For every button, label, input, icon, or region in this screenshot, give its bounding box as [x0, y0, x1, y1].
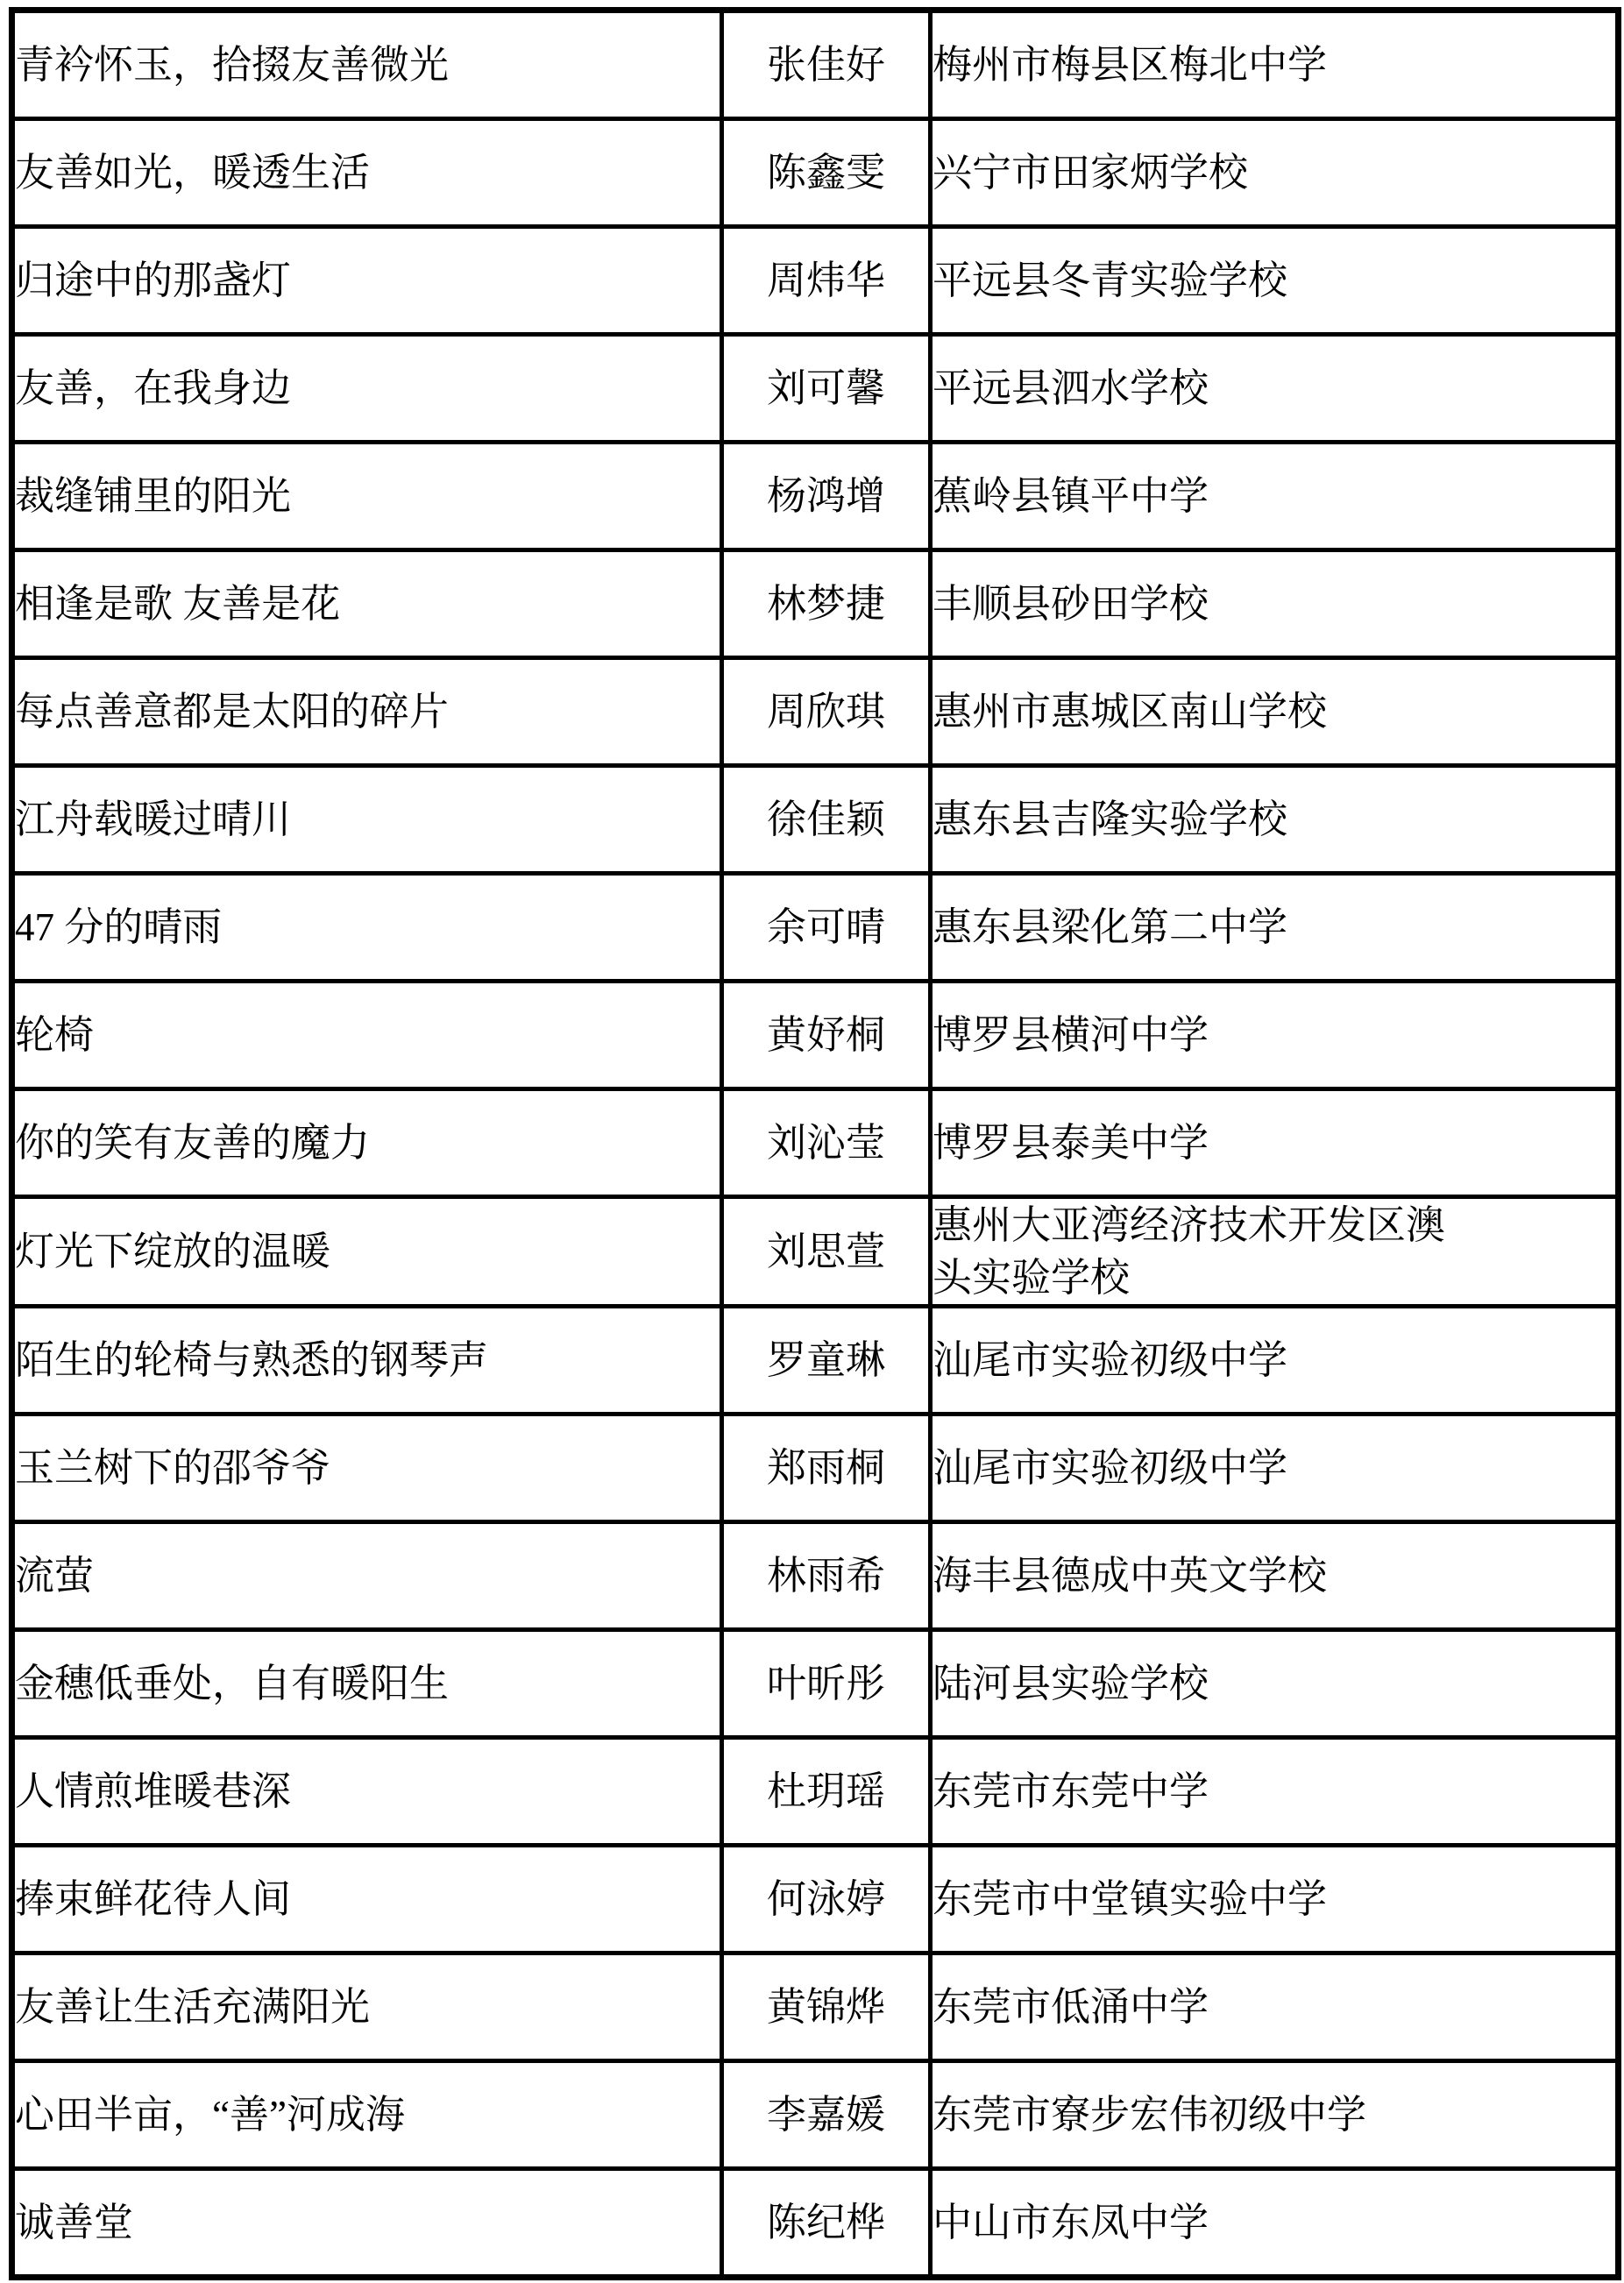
author-name-cell: 刘沁莹 [722, 1089, 931, 1197]
essay-title-cell: 流萤 [12, 1522, 722, 1630]
author-name-cell: 林梦捷 [722, 550, 931, 658]
author-name-cell: 徐佳颖 [722, 766, 931, 874]
essay-title-cell: 人情煎堆暖巷深 [12, 1738, 722, 1846]
essay-title-cell: 友善让生活充满阳光 [12, 1953, 722, 2061]
author-name-cell: 杨鸿增 [722, 443, 931, 550]
table-row: 捧束鲜花待人间何泳婷东莞市中堂镇实验中学 [12, 1846, 1619, 1953]
essay-title-cell: 47 分的晴雨 [12, 874, 722, 982]
author-name-cell: 何泳婷 [722, 1846, 931, 1953]
school-name-cell: 丰顺县砂田学校 [931, 550, 1619, 658]
author-name-cell: 陈鑫雯 [722, 119, 931, 227]
school-name-cell: 东莞市低涌中学 [931, 1953, 1619, 2061]
table-row: 金穗低垂处，自有暖阳生叶昕彤陆河县实验学校 [12, 1630, 1619, 1738]
author-name-cell: 周欣琪 [722, 658, 931, 766]
table-row: 灯光下绽放的温暖刘思萱惠州大亚湾经济技术开发区澳 头实验学校 [12, 1197, 1619, 1307]
school-name-cell: 汕尾市实验初级中学 [931, 1307, 1619, 1414]
essay-title-cell: 相逢是歌 友善是花 [12, 550, 722, 658]
author-name-cell: 李嘉媛 [722, 2061, 931, 2169]
school-name-cell: 梅州市梅县区梅北中学 [931, 11, 1619, 119]
table-row: 友善如光，暖透生活陈鑫雯兴宁市田家炳学校 [12, 119, 1619, 227]
awards-table: 青衿怀玉，拾掇友善微光张佳好梅州市梅县区梅北中学友善如光，暖透生活陈鑫雯兴宁市田… [9, 7, 1621, 2280]
essay-title-cell: 裁缝铺里的阳光 [12, 443, 722, 550]
author-name-cell: 罗童琳 [722, 1307, 931, 1414]
school-name-cell: 蕉岭县镇平中学 [931, 443, 1619, 550]
author-name-cell: 叶昕彤 [722, 1630, 931, 1738]
table-row: 江舟载暖过晴川徐佳颖惠东县吉隆实验学校 [12, 766, 1619, 874]
essay-title-cell: 诚善堂 [12, 2169, 722, 2278]
school-name-cell: 惠东县吉隆实验学校 [931, 766, 1619, 874]
table-row: 相逢是歌 友善是花林梦捷丰顺县砂田学校 [12, 550, 1619, 658]
essay-title-cell: 金穗低垂处，自有暖阳生 [12, 1630, 722, 1738]
author-name-cell: 黄锦烨 [722, 1953, 931, 2061]
essay-title-cell: 捧束鲜花待人间 [12, 1846, 722, 1953]
author-name-cell: 黄妤桐 [722, 982, 931, 1089]
author-name-cell: 林雨希 [722, 1522, 931, 1630]
author-name-cell: 郑雨桐 [722, 1414, 931, 1522]
essay-title-cell: 你的笑有友善的魔力 [12, 1089, 722, 1197]
school-name-cell: 博罗县横河中学 [931, 982, 1619, 1089]
school-name-cell: 兴宁市田家炳学校 [931, 119, 1619, 227]
essay-title-cell: 灯光下绽放的温暖 [12, 1197, 722, 1307]
table-row: 友善让生活充满阳光黄锦烨东莞市低涌中学 [12, 1953, 1619, 2061]
school-name-cell: 博罗县泰美中学 [931, 1089, 1619, 1197]
school-name-cell: 平远县泗水学校 [931, 335, 1619, 443]
essay-title-cell: 心田半亩，“善”河成海 [12, 2061, 722, 2169]
table-row: 青衿怀玉，拾掇友善微光张佳好梅州市梅县区梅北中学 [12, 11, 1619, 119]
school-name-cell: 陆河县实验学校 [931, 1630, 1619, 1738]
table-row: 陌生的轮椅与熟悉的钢琴声罗童琳汕尾市实验初级中学 [12, 1307, 1619, 1414]
essay-title-cell: 每点善意都是太阳的碎片 [12, 658, 722, 766]
essay-title-cell: 归途中的那盏灯 [12, 227, 722, 335]
school-name-cell: 东莞市东莞中学 [931, 1738, 1619, 1846]
awards-table-body: 青衿怀玉，拾掇友善微光张佳好梅州市梅县区梅北中学友善如光，暖透生活陈鑫雯兴宁市田… [12, 11, 1619, 2278]
school-name-cell: 东莞市寮步宏伟初级中学 [931, 2061, 1619, 2169]
table-row: 人情煎堆暖巷深杜玥瑶东莞市东莞中学 [12, 1738, 1619, 1846]
school-name-cell: 惠州大亚湾经济技术开发区澳 头实验学校 [931, 1197, 1619, 1307]
essay-title-cell: 江舟载暖过晴川 [12, 766, 722, 874]
school-name-cell: 平远县冬青实验学校 [931, 227, 1619, 335]
essay-title-cell: 轮椅 [12, 982, 722, 1089]
school-name-cell: 惠州市惠城区南山学校 [931, 658, 1619, 766]
author-name-cell: 刘可馨 [722, 335, 931, 443]
essay-title-cell: 友善如光，暖透生活 [12, 119, 722, 227]
table-row: 每点善意都是太阳的碎片周欣琪惠州市惠城区南山学校 [12, 658, 1619, 766]
table-row: 流萤林雨希海丰县德成中英文学校 [12, 1522, 1619, 1630]
table-row: 心田半亩，“善”河成海李嘉媛东莞市寮步宏伟初级中学 [12, 2061, 1619, 2169]
school-name-cell: 中山市东凤中学 [931, 2169, 1619, 2278]
school-name-cell: 海丰县德成中英文学校 [931, 1522, 1619, 1630]
school-name-cell: 东莞市中堂镇实验中学 [931, 1846, 1619, 1953]
author-name-cell: 余可晴 [722, 874, 931, 982]
essay-title-cell: 陌生的轮椅与熟悉的钢琴声 [12, 1307, 722, 1414]
essay-title-cell: 友善，在我身边 [12, 335, 722, 443]
essay-title-cell: 青衿怀玉，拾掇友善微光 [12, 11, 722, 119]
author-name-cell: 张佳好 [722, 11, 931, 119]
table-row: 轮椅黄妤桐博罗县横河中学 [12, 982, 1619, 1089]
page: 青衿怀玉，拾掇友善微光张佳好梅州市梅县区梅北中学友善如光，暖透生活陈鑫雯兴宁市田… [0, 0, 1624, 2283]
table-row: 归途中的那盏灯周炜华平远县冬青实验学校 [12, 227, 1619, 335]
school-name-cell: 惠东县梁化第二中学 [931, 874, 1619, 982]
author-name-cell: 杜玥瑶 [722, 1738, 931, 1846]
table-row: 友善，在我身边刘可馨平远县泗水学校 [12, 335, 1619, 443]
table-row: 诚善堂陈纪桦中山市东凤中学 [12, 2169, 1619, 2278]
table-row: 玉兰树下的邵爷爷郑雨桐汕尾市实验初级中学 [12, 1414, 1619, 1522]
author-name-cell: 周炜华 [722, 227, 931, 335]
table-row: 你的笑有友善的魔力刘沁莹博罗县泰美中学 [12, 1089, 1619, 1197]
author-name-cell: 刘思萱 [722, 1197, 931, 1307]
table-row: 47 分的晴雨余可晴惠东县梁化第二中学 [12, 874, 1619, 982]
school-name-cell: 汕尾市实验初级中学 [931, 1414, 1619, 1522]
table-row: 裁缝铺里的阳光杨鸿增蕉岭县镇平中学 [12, 443, 1619, 550]
author-name-cell: 陈纪桦 [722, 2169, 931, 2278]
essay-title-cell: 玉兰树下的邵爷爷 [12, 1414, 722, 1522]
